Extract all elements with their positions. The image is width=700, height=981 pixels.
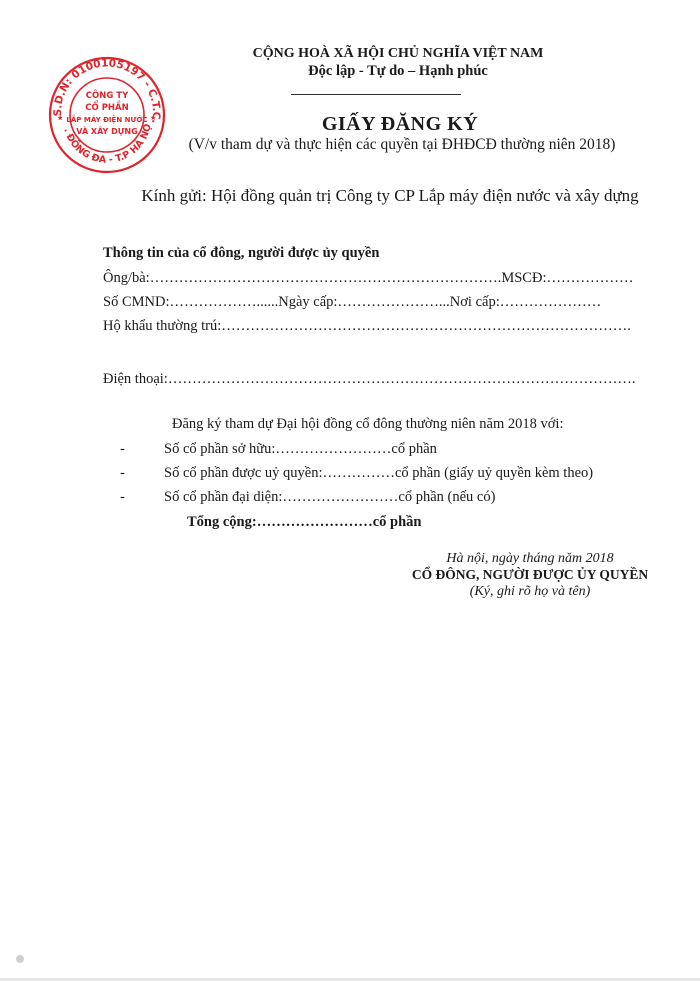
svg-text:★: ★ bbox=[57, 114, 63, 122]
signer-title: CỔ ĐÔNG, NGƯỜI ĐƯỢC ỦY QUYỀN bbox=[380, 567, 680, 583]
svg-text:CÔNG TY: CÔNG TY bbox=[86, 89, 129, 101]
national-motto: Độc lập - Tự do – Hạnh phúc bbox=[168, 63, 628, 80]
bullet-dash: - bbox=[120, 441, 164, 458]
field-total-shares[interactable]: Tổng cộng:……………………cổ phần bbox=[187, 514, 421, 531]
signature-note: (Ký, ghi rõ họ và tên) bbox=[380, 584, 680, 600]
section-title-shareholder-info: Thông tin của cổ đông, người được ủy quy… bbox=[103, 245, 379, 262]
national-header: CỘNG HOÀ XÃ HỘI CHỦ NGHĨA VIỆT NAM bbox=[168, 46, 628, 62]
bullet-dash: - bbox=[120, 465, 164, 482]
item-text: Số cổ phần đại diện:……………………cổ phần (nếu… bbox=[164, 489, 495, 505]
date-line: Hà nội, ngày tháng năm 2018 bbox=[380, 551, 680, 567]
field-phone[interactable]: Điện thoại:……………………………………………………………………………… bbox=[103, 371, 635, 388]
field-id-number[interactable]: Số CMND:………………......Ngày cấp:…………………...N… bbox=[103, 294, 601, 311]
svg-text:CỔ PHẦN: CỔ PHẦN bbox=[85, 100, 128, 113]
bullet-dash: - bbox=[120, 489, 164, 506]
recipient-line: Kính gửi: Hội đồng quản trị Công ty CP L… bbox=[95, 186, 685, 206]
field-shares-authorized[interactable]: -Số cổ phần được uỷ quyền:……………cổ phần (… bbox=[120, 465, 593, 482]
svg-text:VÀ XÂY DỰNG: VÀ XÂY DỰNG bbox=[76, 125, 137, 136]
field-shares-owned[interactable]: -Số cổ phần sở hữu:……………………cổ phần bbox=[120, 441, 437, 458]
field-permanent-address[interactable]: Hộ khẩu thường trú:………………………………………………………… bbox=[103, 318, 631, 335]
field-name-mscd[interactable]: Ông/bà:……………………………………………………………….MSCĐ:………… bbox=[103, 270, 633, 287]
item-text: Số cổ phần được uỷ quyền:……………cổ phần (g… bbox=[164, 465, 593, 481]
header-divider bbox=[291, 94, 461, 95]
document-subtitle: (V/v tham dự và thực hiện các quyền tại … bbox=[142, 136, 662, 154]
document-title: GIẤY ĐĂNG KÝ bbox=[130, 113, 670, 136]
registration-intro: Đăng ký tham dự Đại hội đồng cổ đông thư… bbox=[172, 416, 564, 433]
scan-smudge bbox=[16, 955, 24, 963]
field-shares-represented[interactable]: -Số cổ phần đại diện:……………………cổ phần (nế… bbox=[120, 489, 495, 506]
item-text: Số cổ phần sở hữu:……………………cổ phần bbox=[164, 441, 437, 457]
